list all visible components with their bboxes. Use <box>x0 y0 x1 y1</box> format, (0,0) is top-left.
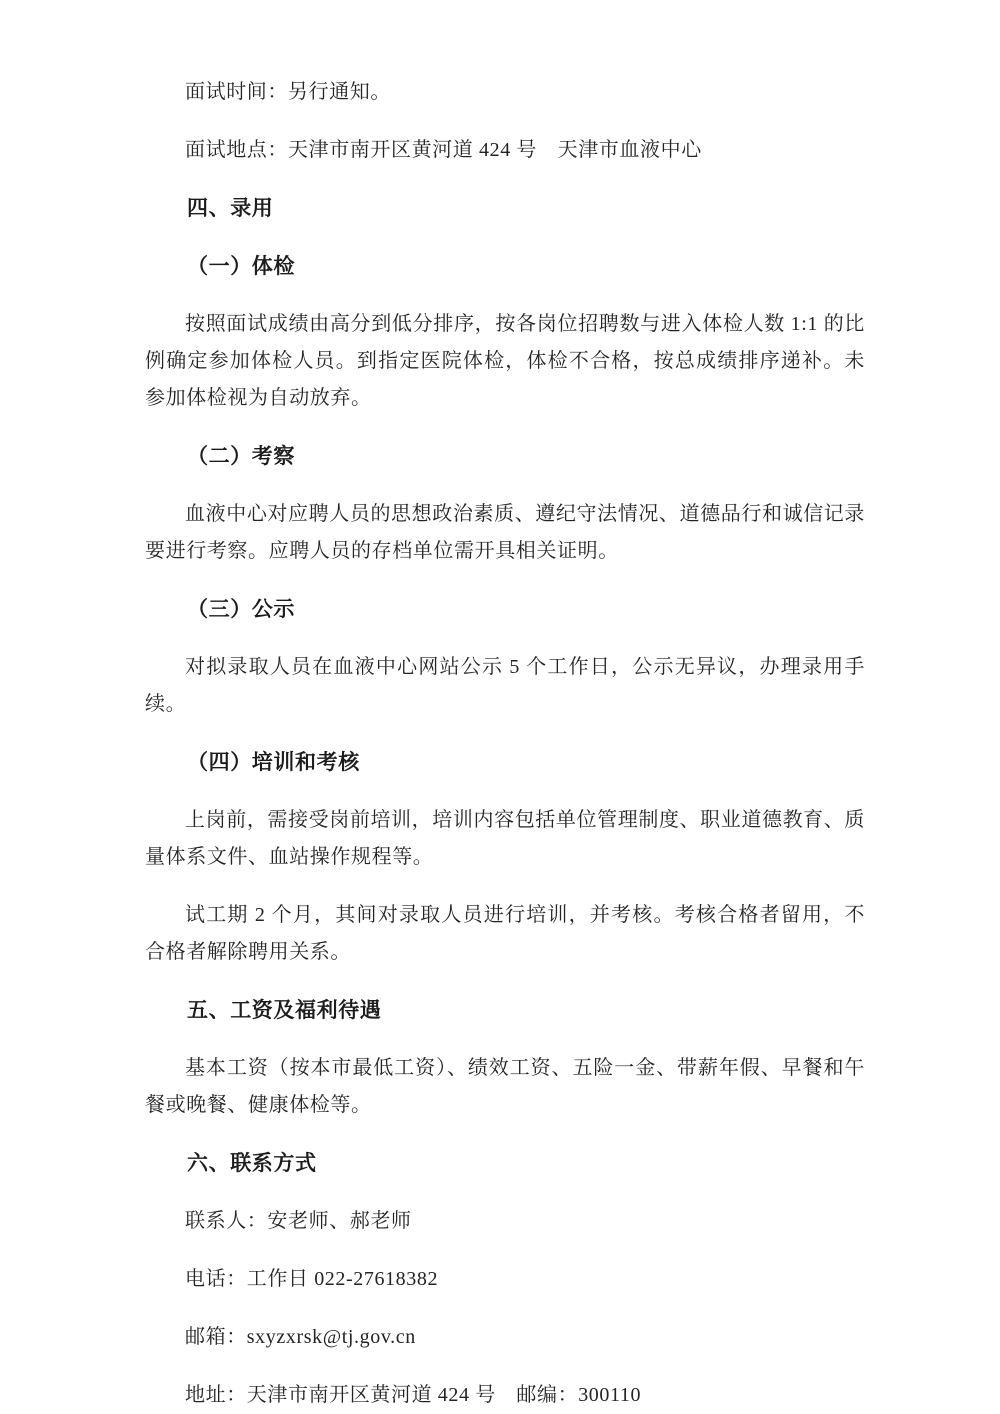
subsection-heading-inspection: （二）考察 <box>145 438 865 475</box>
document-body: 面试时间：另行通知。 面试地点：天津市南开区黄河道 424 号 天津市血液中心 … <box>145 74 865 1414</box>
section-heading-salary: 五、工资及福利待遇 <box>145 992 865 1029</box>
subsection-heading-publicity: （三）公示 <box>145 591 865 628</box>
contact-address-line: 地址：天津市南开区黄河道 424 号 邮编：300110 <box>145 1377 865 1414</box>
contact-phone-line: 电话：工作日 022-27618382 <box>145 1261 865 1298</box>
publicity-paragraph: 对拟录取人员在血液中心网站公示 5 个工作日，公示无异议，办理录用手续。 <box>145 649 865 723</box>
document-page: 面试时间：另行通知。 面试地点：天津市南开区黄河道 424 号 天津市血液中心 … <box>0 0 1000 1414</box>
inspection-paragraph: 血液中心对应聘人员的思想政治素质、遵纪守法情况、道德品行和诚信记录要进行考察。应… <box>145 496 865 570</box>
subsection-heading-physical-exam: （一）体检 <box>145 248 865 285</box>
interview-location-line: 面试地点：天津市南开区黄河道 424 号 天津市血液中心 <box>145 132 865 169</box>
training-paragraph: 上岗前，需接受岗前培训，培训内容包括单位管理制度、职业道德教育、质量体系文件、血… <box>145 802 865 876</box>
contact-email-line: 邮箱：sxyzxrsk@tj.gov.cn <box>145 1319 865 1356</box>
salary-paragraph: 基本工资（按本市最低工资）、绩效工资、五险一金、带薪年假、早餐和午餐或晚餐、健康… <box>145 1050 865 1124</box>
probation-paragraph: 试工期 2 个月，其间对录取人员进行培训，并考核。考核合格者留用，不合格者解除聘… <box>145 897 865 971</box>
physical-exam-paragraph: 按照面试成绩由高分到低分排序，按各岗位招聘数与进入体检人数 1:1 的比例确定参… <box>145 306 865 417</box>
contact-person-line: 联系人：安老师、郝老师 <box>145 1203 865 1240</box>
interview-time-line: 面试时间：另行通知。 <box>145 74 865 111</box>
section-heading-recruitment: 四、录用 <box>145 190 865 227</box>
section-heading-contact: 六、联系方式 <box>145 1145 865 1182</box>
subsection-heading-training: （四）培训和考核 <box>145 744 865 781</box>
